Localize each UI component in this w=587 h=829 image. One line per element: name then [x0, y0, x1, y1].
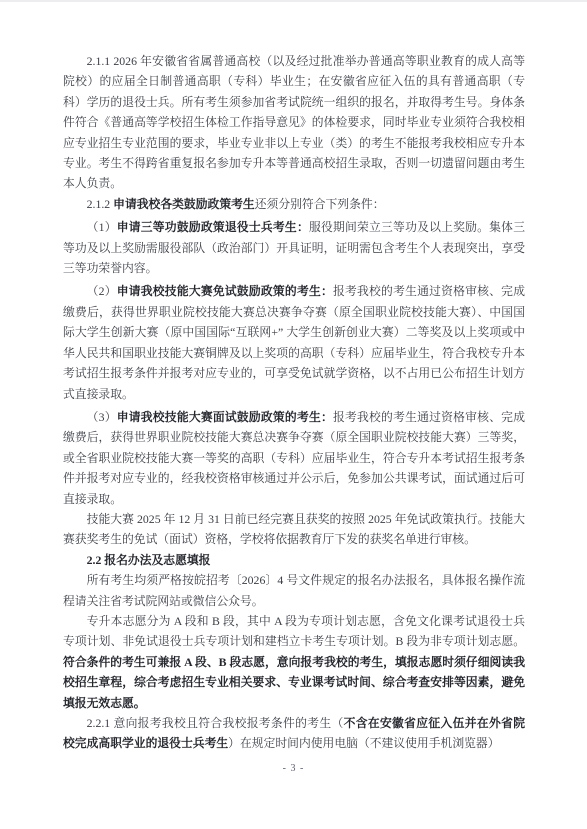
paragraph-volunteer-sections: 专升本志愿分为 A 段和 B 段，其中 A 段为专项计划志愿，含免文化课考试退役… [63, 611, 525, 713]
paragraph-registration-method: 所有考生均须严格按皖招考〔2026〕4 号文件规定的报名办法报名，具体报名操作流… [63, 570, 525, 611]
bold-phrase: 申请三等功鼓励政策退役士兵考生： [117, 220, 309, 234]
paragraph-2-1-1: 2.1.1 2026 年安徽省省属普通高校（以及经过批准举办普通高等职业教育的成… [63, 51, 525, 194]
paragraph-contest-policy-note: 技能大赛 2025 年 12 月 31 日前已经完赛且获奖的按照 2025 年免… [63, 509, 525, 550]
paragraph-text: 报考我校的考生通过资格审核、完成缴费后，获得世界职业院校技能大赛总决赛争夺赛（原… [63, 284, 525, 400]
paragraph-text: 2.1.1 2026 年安徽省省属普通高校（以及经过批准举办普通高等职业教育的成… [63, 54, 525, 190]
page-number: - 3 - [0, 763, 587, 774]
bold-phrase: 申请我校技能大赛免试鼓励政策的考生： [117, 284, 333, 298]
clause-2-skill-contest-exemption: （2）申请我校技能大赛免试鼓励政策的考生：报考我校的考生通过资格审核、完成缴费后… [63, 281, 525, 403]
paragraph-text: 报考我校的考生通过资格审核、完成缴费后，获得世界职业院校技能大赛总决赛争夺赛（原… [63, 410, 525, 506]
paragraph-text: ）在规定时间内使用电脑（不建议使用手机浏览器） [228, 736, 499, 750]
bold-phrase: 符合条件的考生可兼报 A 段、B 段志愿，意向报考我校的考生，填报志愿时须仔细阅… [63, 655, 525, 710]
clause-3-skill-contest-interview: （3）申请我校技能大赛面试鼓励政策的考生：报考我校的考生通过资格审核、完成缴费后… [63, 407, 525, 509]
paragraph-text: 2.1.2 [87, 197, 114, 211]
bold-phrase: 申请我校各类鼓励政策考生 [113, 197, 255, 211]
paragraph-text: 所有考生均须严格按皖招考〔2026〕4 号文件规定的报名办法报名，具体报名操作流… [63, 573, 525, 607]
document-page: 2.1.1 2026 年安徽省省属普通高校（以及经过批准举办普通高等职业教育的成… [0, 0, 587, 754]
clause-number: （2） [87, 284, 117, 298]
paragraph-text: 2.2.1 意向报考我校且符合我校报考条件的考生（ [87, 716, 344, 730]
clause-number: （1） [87, 220, 117, 234]
clause-number: （3） [87, 410, 117, 424]
paragraph-text: 专升本志愿分为 A 段和 B 段，其中 A 段为专项计划志愿，含免文化课考试退役… [63, 614, 525, 648]
section-heading-text: 2.2 报名办法及志愿填报 [87, 553, 211, 567]
paragraph-text: 还须分别符合下列条件： [255, 197, 385, 211]
bold-phrase: 申请我校技能大赛面试鼓励政策的考生： [117, 410, 333, 424]
paragraph-2-2-1: 2.2.1 意向报考我校且符合我校报考条件的考生（不含在安徽省应征入伍并在外省院… [63, 713, 525, 754]
clause-1-third-class-merit: （1）申请三等功鼓励政策退役士兵考生：服役期间荣立三等功及以上奖励。集体三等功及… [63, 217, 525, 278]
paragraph-text: 技能大赛 2025 年 12 月 31 日前已经完赛且获奖的按照 2025 年免… [63, 512, 525, 546]
heading-2-2: 2.2 报名办法及志愿填报 [63, 550, 525, 570]
paragraph-2-1-2: 2.1.2 申请我校各类鼓励政策考生还须分别符合下列条件： [63, 194, 525, 214]
